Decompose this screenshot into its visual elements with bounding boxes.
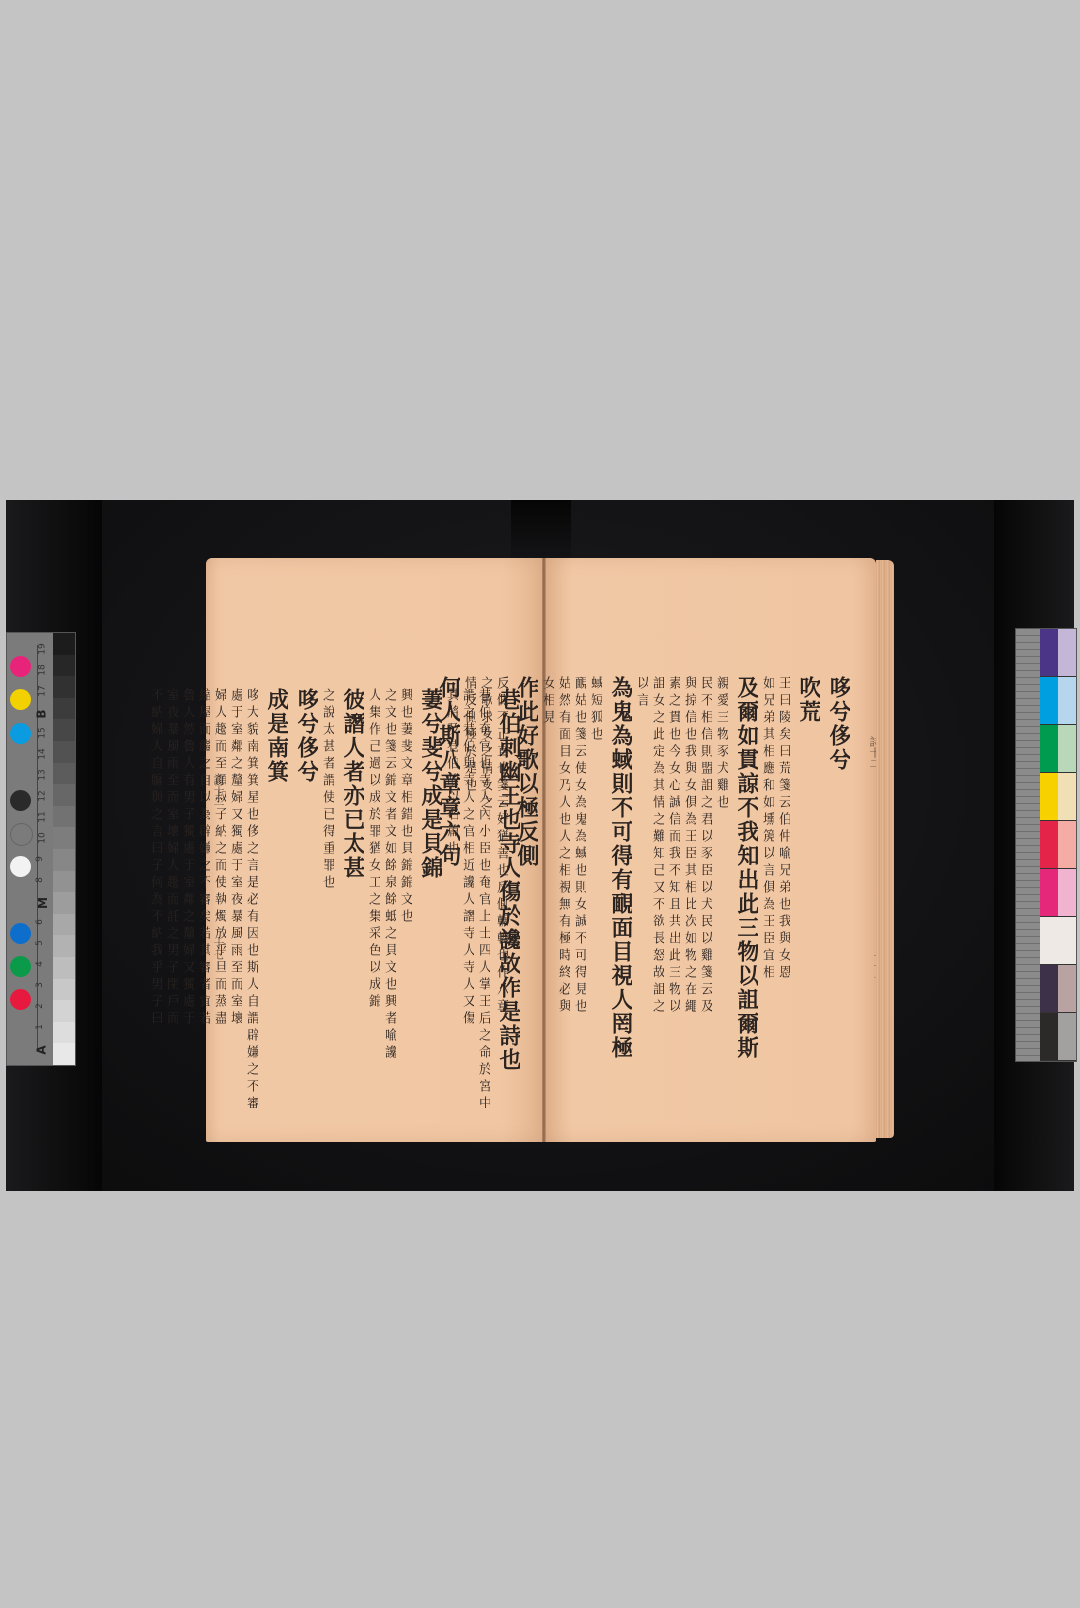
- right-text-column: 反側不正直也箋云好猶善也反側輾轉也作八章: [492, 676, 508, 1096]
- right-text-column: 素之貫也今女心誠信而我不知且共出此三物以: [664, 676, 680, 1096]
- color-swatch: [1058, 917, 1076, 964]
- color-dot: [10, 689, 31, 710]
- color-swatch: [1040, 725, 1058, 772]
- right-text-column: 王曰陵矣曰荒箋云伯仲喻兄弟也我與女恩: [774, 676, 790, 1096]
- color-dot: [10, 656, 31, 677]
- scale-label: 9: [35, 856, 45, 862]
- right-text-column: 以言: [632, 676, 648, 1096]
- right-text-column: 及爾如貫諒不我知出此三物以詛爾斯: [728, 676, 758, 1096]
- scale-label: 5: [35, 940, 45, 946]
- color-swatch: [1040, 869, 1058, 916]
- color-swatch: [1040, 629, 1058, 676]
- scale-label: 2: [35, 1003, 45, 1009]
- scale-label: M: [36, 897, 50, 909]
- right-text-column: 何人斯八章章六句: [430, 676, 460, 1096]
- color-swatch: [1058, 629, 1076, 676]
- right-text-column: 姑然有面目女乃人也人之相視無有極時終必與: [554, 676, 570, 1096]
- scale-label: 13: [38, 769, 48, 780]
- color-swatch: [1040, 677, 1058, 724]
- scale-label: 12: [38, 790, 48, 801]
- color-swatch: [1058, 965, 1076, 1012]
- color-dot: [10, 923, 31, 944]
- color-swatch: [1058, 821, 1076, 868]
- right-text-column: 吹荒: [790, 676, 820, 1096]
- scale-label: 17: [38, 685, 48, 696]
- color-swatch: [1040, 773, 1058, 820]
- left-text-column: 縮屋而繼之自以為辟嫌之不審矣若其審者宜若: [194, 688, 210, 1108]
- swatch-row: [1040, 677, 1076, 725]
- color-swatch: [1058, 677, 1076, 724]
- right-text-column: 之歌求女之情女之: [476, 676, 492, 1096]
- page-edges: [876, 560, 894, 1138]
- right-page: 哆兮侈兮吹荒王曰陵矣曰荒箋云伯仲喻兄弟也我與女恩如兄弟其相應和如壎箎以言俱為王臣…: [546, 558, 876, 1142]
- color-dot: [10, 856, 31, 877]
- right-text-column: 民不相信則盟詛之君以豕臣以犬民以雞箋云及: [696, 676, 712, 1096]
- scale-label: 11: [38, 811, 48, 822]
- scale-label: A: [35, 1045, 49, 1054]
- swatch-row: [1040, 917, 1076, 965]
- color-swatch: [1058, 773, 1076, 820]
- left-text-column: 不納婦人自牖與之言曰子何為不納我乎男子曰: [146, 688, 162, 1108]
- right-text-column: 哆兮侈兮: [820, 676, 850, 1096]
- right-text-column: 如兄弟其相應和如壎箎以言俱為王臣宜相: [758, 676, 774, 1096]
- right-text-column: 女相見: [538, 676, 554, 1096]
- left-text-column: 興也萋斐文章相錯也貝錦錦文也: [396, 688, 412, 1108]
- left-text-column: 婦人趨而至顏叔子納之而使執燭放乎旦而蒸盡: [210, 688, 226, 1108]
- right-text-column: 情反側極於是也: [460, 676, 476, 1096]
- color-dot: [10, 790, 31, 811]
- left-margin-note-bottom: 十七: [210, 938, 226, 960]
- ruler: [1016, 629, 1040, 1061]
- color-swatch: [1058, 1013, 1076, 1060]
- right-text-column: 為鬼為蜮則不可得有靦面目視人罔極: [602, 676, 632, 1096]
- scale-label: 4: [35, 961, 45, 967]
- color-dot: [10, 956, 31, 977]
- manuscript-photo: 巷伯刺幽王也寺人傷於讒故作是詩也巷伯奄官也寺人內小臣也奄官上士四人掌王后之命於宮…: [6, 500, 1074, 1191]
- scale-label: 6: [35, 919, 45, 925]
- swatch-row: [1040, 869, 1076, 917]
- swatch-row: [1040, 1013, 1076, 1061]
- left-text-column: 魯人然魯人有男子獨處于室鄰之釐婦又獨處于: [178, 688, 194, 1108]
- left-text-column: 哆大貌南箕箕星也侈之言是必有因也斯人自謂辟嫌之不審也昔者顏叔子獨: [242, 688, 258, 1108]
- right-text-column: 詛女之此定為其情之難知己又不欲長怒故詛之: [648, 676, 664, 1096]
- color-dot: [10, 723, 31, 744]
- swatch-row: [1040, 629, 1076, 677]
- swatch-row: [1040, 821, 1076, 869]
- color-dot: [10, 823, 33, 846]
- color-swatch: [1058, 725, 1076, 772]
- scale-label: 19: [38, 643, 48, 654]
- grayscale-strip: [53, 633, 75, 1065]
- left-text-column: 哆兮侈兮: [288, 688, 318, 1108]
- left-text-column: 彼譖人者亦已太甚: [334, 688, 364, 1108]
- scale-label: 1: [35, 1024, 45, 1030]
- color-swatches: [1040, 629, 1076, 1061]
- scale-label: 3: [35, 982, 45, 988]
- scale-line: [37, 645, 38, 1050]
- left-margin-note-top: 詩十二: [210, 774, 226, 807]
- swatch-row: [1040, 773, 1076, 821]
- gutter-shadow: [511, 500, 571, 560]
- left-text-column: 之說太甚者謂使已得重罪也: [318, 688, 334, 1108]
- left-text-column: 成是南箕: [258, 688, 288, 1108]
- scale-label: 8: [35, 877, 45, 883]
- color-dot: [10, 989, 31, 1010]
- color-swatch: [1058, 869, 1076, 916]
- scale-label: 18: [38, 664, 48, 675]
- color-swatch: [1040, 821, 1058, 868]
- right-text-column: 親愛三物豕犬雞也: [712, 676, 728, 1096]
- swatch-row: [1040, 965, 1076, 1013]
- right-text-column: 與掠信也我與女俱為王臣其相比次如物之在繩: [680, 676, 696, 1096]
- left-text-column: 之文也箋云錦文者文如餘泉餘蚳之貝文也興者喻讒: [380, 688, 396, 1108]
- color-checker-left: A123456M89101112131415B171819: [6, 632, 76, 1066]
- color-swatch: [1040, 1013, 1058, 1060]
- scale-label: 15: [38, 727, 48, 738]
- scale-label: 10: [38, 832, 48, 843]
- left-text-column: 處于室鄰之釐婦又獨處于室夜暴風雨至而室壞: [226, 688, 242, 1108]
- left-text-column: 人集作己過以成於罪猶女工之集采色以成錦: [364, 688, 380, 1108]
- color-swatch: [1040, 917, 1058, 964]
- right-text-column: 蜮短狐也: [586, 676, 602, 1096]
- color-swatch: [1040, 965, 1058, 1012]
- color-checker-right: [1015, 628, 1077, 1062]
- right-text-column: 靦姑也箋云使女為鬼為蜮也則女誠不可得見也: [570, 676, 586, 1096]
- left-text-column: 室夜暴風雨至而室壞婦人趨而託之男子閉戶而: [162, 688, 178, 1108]
- swatch-row: [1040, 725, 1076, 773]
- right-page-text: 哆兮侈兮吹荒王曰陵矣曰荒箋云伯仲喻兄弟也我與女恩如兄弟其相應和如壎箎以言俱為王臣…: [430, 676, 850, 1096]
- scale-label: B: [35, 709, 49, 718]
- right-text-column: 作此好歌以極反側: [508, 676, 538, 1096]
- scale-label: 14: [38, 748, 48, 759]
